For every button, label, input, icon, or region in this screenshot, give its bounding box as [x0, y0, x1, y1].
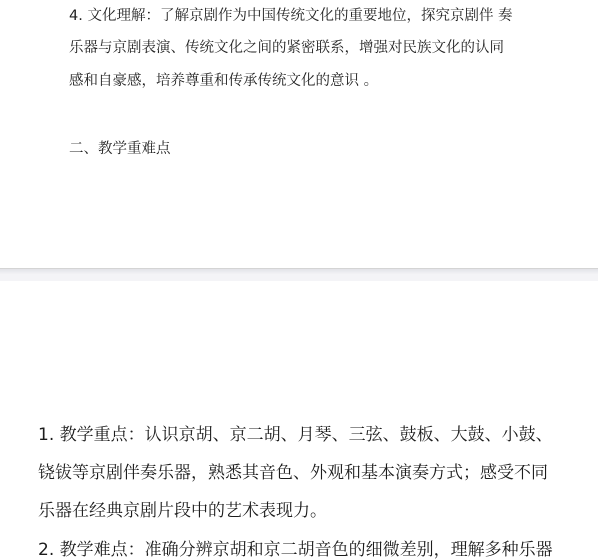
section-heading-teaching-key-points: 二、教学重难点 — [69, 137, 171, 158]
document-page-2: 1. 教学重点：认识京胡、京二胡、月琴、三弦、鼓板、大鼓、小鼓、 铙钹等京剧伴奏… — [0, 281, 598, 560]
document-page-1: 4. 文化理解：了解京剧作为中国传统文化的重要地位，探究京剧伴 奏 乐器与京剧表… — [0, 0, 598, 269]
teaching-focus-line-1: 1. 教学重点：认识京胡、京二胡、月琴、三弦、鼓板、大鼓、小鼓、 — [38, 420, 553, 445]
paragraph-culture-understanding-line-3: 感和自豪感，培养尊重和传承传统文化的意识 。 — [69, 69, 378, 90]
teaching-focus-line-2: 铙钹等京剧伴奏乐器，熟悉其音色、外观和基本演奏方式；感受不同 — [38, 458, 548, 483]
paragraph-culture-understanding-line-1: 4. 文化理解：了解京剧作为中国传统文化的重要地位，探究京剧伴 奏 — [69, 4, 513, 25]
paragraph-culture-understanding-line-2: 乐器与京剧表演、传统文化之间的紧密联系，增强对民族文化的认同 — [69, 36, 504, 57]
teaching-difficulty-line-1: 2. 教学难点：准确分辨京胡和京二胡音色的细微差别，理解多种乐器 — [38, 535, 553, 560]
document-viewport[interactable]: 4. 文化理解：了解京剧作为中国传统文化的重要地位，探究京剧伴 奏 乐器与京剧表… — [0, 0, 598, 560]
page-break-divider — [0, 269, 598, 281]
teaching-focus-line-3: 乐器在经典京剧片段中的艺术表现力。 — [38, 496, 327, 521]
